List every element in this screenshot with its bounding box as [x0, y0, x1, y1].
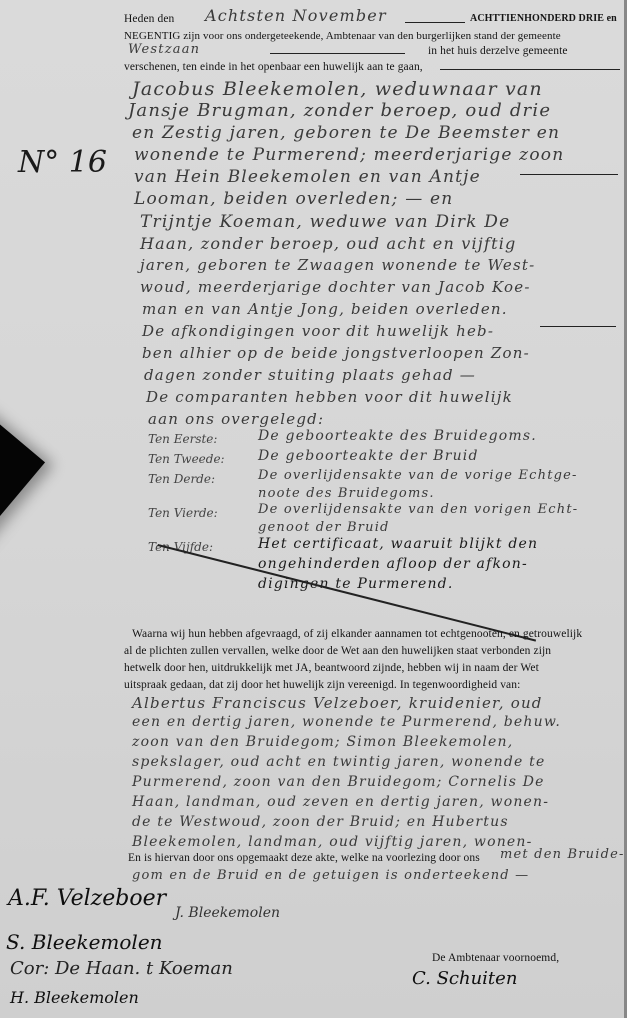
fill-line	[405, 22, 465, 23]
signature-witness-3: Cor: De Haan. t Koeman	[10, 958, 233, 979]
entry-number: N° 16	[18, 145, 107, 180]
body-line: De comparanten hebben voor dit huwelijk	[146, 388, 513, 406]
signature-witness-4: H. Bleekemolen	[10, 988, 139, 1007]
body-line: wonende te Purmerend; meerderjarige zoon	[134, 145, 564, 165]
doc-text: noote des Bruidegoms.	[258, 486, 435, 501]
witness-line: een en dertig jaren, wonende te Purmeren…	[132, 714, 561, 730]
closing-hand-1: met den Bruide-	[500, 847, 625, 862]
header-line-2: NEGENTIG zijn voor ons ondergeteekende, …	[124, 30, 561, 42]
witness-line: Purmerend, zoon van den Bruidegom; Corne…	[132, 774, 545, 790]
header-line-4: verschenen, ten einde in het openbaar ee…	[124, 61, 423, 73]
witness-line: Haan, landman, oud zeven en dertig jaren…	[132, 794, 549, 810]
witness-line: Albertus Franciscus Velzeboer, kruidenie…	[132, 694, 543, 712]
printed-paragraph-line: al de plichten zullen vervallen, welke d…	[124, 645, 551, 657]
fill-line	[520, 174, 618, 175]
witness-line: Bleekemolen, landman, oud vijftig jaren,…	[132, 834, 533, 850]
header-line-1: Heden den	[124, 13, 174, 25]
document-page: Heden den Achtsten November ACHTTIENHOND…	[0, 0, 627, 1018]
printed-paragraph-line: hetwelk door hen, uitdrukkelijk met JA, …	[124, 662, 539, 674]
header-prefix: Heden den	[124, 13, 174, 25]
closing-hand-2: gom en de Bruid en de getuigen is ondert…	[132, 868, 529, 883]
printed-paragraph-line: uitspraak gedaan, dat zij door het huwel…	[124, 679, 520, 691]
body-line: jaren, geboren te Zwaagen wonende te Wes…	[140, 256, 535, 274]
witness-line: zoon van den Bruidegom; Simon Bleekemole…	[132, 734, 513, 750]
signature-witness-1: A.F. Velzeboer	[8, 886, 166, 911]
body-line: ben alhier op de beide jongstverloopen Z…	[142, 344, 530, 362]
signature-witness-2: S. Bleekemolen	[6, 930, 163, 954]
body-line: van Hein Bleekemolen en van Antje	[134, 167, 481, 187]
body-line: Haan, zonder beroep, oud acht en vijftig	[140, 234, 516, 253]
closing-printed: En is hiervan door ons opgemaakt deze ak…	[128, 852, 480, 864]
body-line: man en van Antje Jong, beiden overleden.	[142, 300, 508, 318]
fill-line	[270, 53, 405, 54]
doc-label: Ten Eerste:	[148, 432, 217, 446]
signature-groom: J. Bleekemolen	[175, 905, 280, 921]
date-handwritten: Achtsten November	[205, 6, 387, 25]
year-text: ACHTTIENHONDERD DRIE en	[470, 13, 617, 24]
doc-text: genoot der Bruid	[258, 520, 390, 535]
body-line: woud, meerderjarige dochter van Jacob Ko…	[140, 278, 531, 296]
body-line: aan ons overgelegd:	[148, 410, 324, 428]
body-line: Looman, beiden overleden; — en	[134, 189, 453, 209]
printed-paragraph-line: Waarna wij hun hebben afgevraagd, of zij…	[132, 628, 582, 640]
witness-line: spekslager, oud acht en twintig jaren, w…	[132, 754, 545, 770]
body-line: Jansje Brugman, zonder beroep, oud drie	[128, 100, 551, 121]
body-line: Trijntje Koeman, weduwe van Dirk De	[140, 212, 510, 232]
doc-label: Ten Vierde:	[148, 506, 218, 520]
signature-official: C. Schuiten	[412, 968, 517, 989]
doc-text: De overlijdensakte van de vorige Echtge-	[258, 468, 578, 483]
body-line: Jacobus Bleekemolen, weduwnaar van	[132, 78, 543, 100]
body-line: en Zestig jaren, geboren te De Beemster …	[132, 123, 560, 143]
doc-text: Het certificaat, waaruit blijkt den	[258, 536, 538, 552]
official-label: De Ambtenaar voornoemd,	[432, 952, 559, 964]
fill-line	[440, 69, 620, 70]
doc-text: De geboorteakte des Bruidegoms.	[258, 428, 537, 444]
municipality-handwritten: Westzaan	[128, 42, 200, 57]
doc-text: De geboorteakte der Bruid	[258, 448, 479, 464]
black-tab-object	[0, 408, 45, 585]
body-line: dagen zonder stuiting plaats gehad —	[144, 366, 476, 384]
body-line: De afkondigingen voor dit huwelijk heb-	[142, 322, 494, 340]
fill-line	[540, 326, 616, 327]
doc-label: Ten Derde:	[148, 472, 215, 486]
witness-line: de te Westwoud, zoon der Bruid; en Huber…	[132, 814, 509, 830]
header-line-3: in het huis derzelve gemeente	[428, 45, 568, 57]
doc-text: De overlijdensakte van den vorigen Echt-	[258, 502, 578, 517]
doc-label: Ten Tweede:	[148, 452, 225, 466]
doc-text: ongehinderden afloop der afkon-	[258, 556, 528, 572]
